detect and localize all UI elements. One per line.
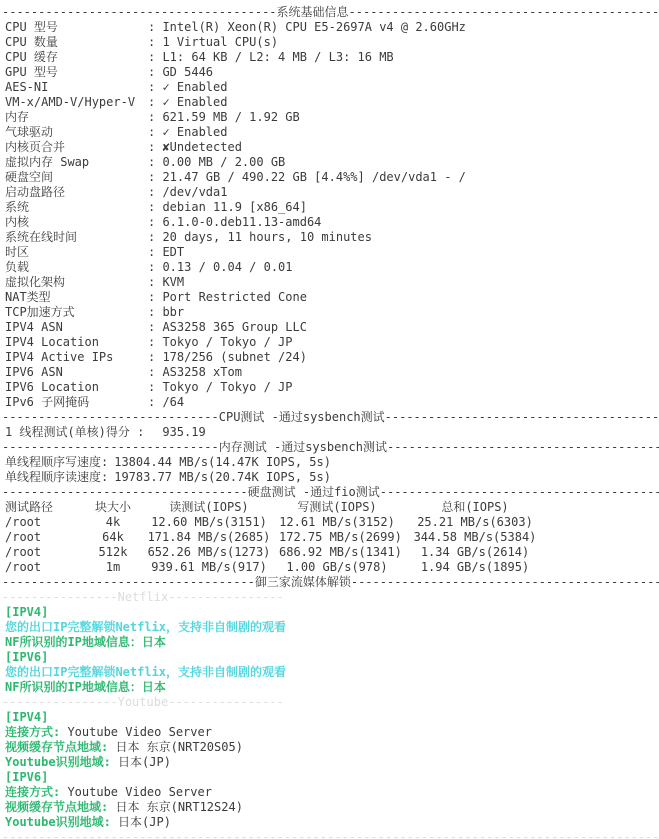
disk-table-header: 测试路径 块大小 读测试(IOPS) 写测试(IOPS) 总和(IOPS) [0, 500, 659, 515]
info-row-ipv6-location: IPV6 Location: Tokyo / Tokyo / JP [0, 380, 659, 395]
disk-read: 12.60 MB/s(3151) [139, 515, 279, 530]
section-header-memory-test: ------------------------------内存测试 -通过sy… [0, 440, 659, 455]
info-label: 硬盘空间 [5, 170, 148, 185]
colon: : [148, 65, 162, 79]
info-label: 启动盘路径 [5, 185, 148, 200]
disk-path: /root [5, 545, 87, 560]
info-value: Tokyo / Tokyo / JP [162, 335, 292, 349]
info-label: 内存 [5, 110, 148, 125]
info-label: 虚拟内存 Swap [5, 155, 148, 170]
info-value: 6.1.0-0.deb11.13-amd64 [162, 215, 321, 229]
youtube-region-value: 日本(JP) [118, 755, 171, 769]
info-row-memory: 内存: 621.59 MB / 1.92 GB [0, 110, 659, 125]
youtube-method-label: 连接方式: [5, 785, 67, 799]
youtube-ipv6-cache-row: 视频缓存节点地域: 日本 东京(NRT12S24) [0, 800, 659, 815]
disk-write: 172.75 MB/s(2699) [279, 530, 395, 545]
info-label: IPV4 Location [5, 335, 148, 350]
info-value: Port Restricted Cone [162, 290, 307, 304]
info-row-boot-path: 启动盘路径: /dev/vda1 [0, 185, 659, 200]
colon: : [148, 125, 162, 139]
terminal-output: ----------------------------------------… [0, 0, 659, 839]
youtube-ipv6-tag: [IPV6] [0, 770, 659, 785]
youtube-cache-label: 视频缓存节点地域: [5, 740, 115, 754]
info-row-virt-arch: 虚拟化架构: KVM [0, 275, 659, 290]
info-value-with-check-icon: ✓ Enabled [162, 125, 227, 139]
youtube-region-label: Youtube识别地域: [5, 755, 118, 769]
info-value: Intel(R) Xeon(R) CPU E5-2697A v4 @ 2.60G… [162, 20, 465, 34]
disk-read: 939.61 MB/s(917) [139, 560, 279, 575]
youtube-method-value: Youtube Video Server [67, 725, 212, 739]
youtube-ipv4-method-row: 连接方式: Youtube Video Server [0, 725, 659, 740]
disk-block: 1m [87, 560, 139, 575]
netflix-ipv6-unlock-status: 您的出口IP完整解锁Netflix，支持非自制剧的观看 [0, 665, 659, 680]
disk-read: 652.26 MB/s(1273) [139, 545, 279, 560]
colon: : [148, 155, 162, 169]
info-label: VM-x/AMD-V/Hyper-V [5, 95, 148, 110]
info-value: /64 [162, 395, 184, 409]
info-value-with-check-icon: ✓ Enabled [162, 95, 227, 109]
info-row-nat-type: NAT类型: Port Restricted Cone [0, 290, 659, 305]
info-value: 1 Virtual CPU(s) [162, 35, 278, 49]
colon: : [148, 170, 162, 184]
colon: : [148, 320, 162, 334]
disk-col-total: 总和(IOPS) [395, 500, 555, 515]
disk-path: /root [5, 530, 87, 545]
colon: : [148, 245, 162, 259]
youtube-ipv4-cache-row: 视频缓存节点地域: 日本 东京(NRT20S05) [0, 740, 659, 755]
info-row-uptime: 系统在线时间: 20 days, 11 hours, 10 minutes [0, 230, 659, 245]
colon: : [148, 305, 162, 319]
info-row-balloon-driver: 气球驱动: ✓ Enabled [0, 125, 659, 140]
youtube-ipv4-tag: [IPV4] [0, 710, 659, 725]
info-row-ipv4-active-ips: IPV4 Active IPs: 178/256 (subnet /24) [0, 350, 659, 365]
section-header-streaming: -----------------------------------御三家流媒… [0, 575, 659, 590]
info-row-aes-ni: AES-NI: ✓ Enabled [0, 80, 659, 95]
info-row-os: 系统: debian 11.9 [x86_64] [0, 200, 659, 215]
info-row-cpu-count: CPU 数量: 1 Virtual CPU(s) [0, 35, 659, 50]
info-row-ksm: 内核页合并: ✘Undetected [0, 140, 659, 155]
info-label: 气球驱动 [5, 125, 148, 140]
info-value: EDT [162, 245, 184, 259]
colon: : [148, 20, 162, 34]
info-row-ipv4-location: IPV4 Location: Tokyo / Tokyo / JP [0, 335, 659, 350]
disk-block: 512k [87, 545, 139, 560]
info-value: debian 11.9 [x86_64] [162, 200, 307, 214]
colon: : [148, 365, 162, 379]
youtube-cache-value: 日本 东京(NRT20S05) [115, 740, 242, 754]
colon: : [148, 50, 162, 64]
netflix-ipv4-unlock-status: 您的出口IP完整解锁Netflix，支持非自制剧的观看 [0, 620, 659, 635]
disk-col-path: 测试路径 [5, 500, 87, 515]
disk-read: 171.84 MB/s(2685) [139, 530, 279, 545]
colon: : [148, 95, 162, 109]
info-label: 虚拟化架构 [5, 275, 148, 290]
colon: : [148, 260, 162, 274]
info-value: /dev/vda1 [162, 185, 227, 199]
memory-read-label: 单线程顺序读速度: [5, 470, 108, 484]
info-label: 内核 [5, 215, 148, 230]
disk-total: 25.21 MB/s(6303) [395, 515, 555, 530]
colon: : [148, 335, 162, 349]
info-label: IPV6 Location [5, 380, 148, 395]
info-value: bbr [162, 305, 184, 319]
disk-block: 4k [87, 515, 139, 530]
disk-col-read: 读测试(IOPS) [139, 500, 279, 515]
netflix-ipv4-tag: [IPV4] [0, 605, 659, 620]
colon: : [148, 275, 162, 289]
colon: : [148, 230, 162, 244]
colon: : [148, 200, 162, 214]
info-row-gpu-model: GPU 型号: GD 5446 [0, 65, 659, 80]
info-value: AS3258 365 Group LLC [162, 320, 307, 334]
colon: : [148, 350, 162, 364]
youtube-cache-value: 日本 东京(NRT12S24) [115, 800, 242, 814]
info-label: CPU 数量 [5, 35, 148, 50]
info-value: 0.00 MB / 2.00 GB [162, 155, 285, 169]
disk-table-row: /root 4k 12.60 MB/s(3151) 12.61 MB/s(315… [0, 515, 659, 530]
colon: : [148, 110, 162, 124]
info-row-ipv6-subnet: IPv6 子网掩码: /64 [0, 395, 659, 410]
info-label: 时区 [5, 245, 148, 260]
section-header-sysinfo: --------------------------------------系统… [0, 5, 659, 20]
youtube-cache-label: 视频缓存节点地域: [5, 800, 115, 814]
colon: : [148, 80, 162, 94]
info-row-cpu-model: CPU 型号: Intel(R) Xeon(R) CPU E5-2697A v4… [0, 20, 659, 35]
info-label: IPV6 ASN [5, 365, 148, 380]
info-value: 21.47 GB / 490.22 GB [4.4%%] /dev/vda1 -… [162, 170, 465, 184]
info-value: 20 days, 11 hours, 10 minutes [162, 230, 372, 244]
disk-path: /root [5, 515, 87, 530]
netflix-divider: ----------------Netflix---------------- [0, 590, 659, 605]
memory-read-value: 19783.77 MB/s(20.74K IOPS, 5s) [114, 470, 331, 484]
youtube-method-value: Youtube Video Server [67, 785, 212, 799]
disk-write: 1.00 GB/s(978) [279, 560, 395, 575]
info-label: CPU 缓存 [5, 50, 148, 65]
disk-total: 344.58 MB/s(5384) [395, 530, 555, 545]
info-row-swap: 虚拟内存 Swap: 0.00 MB / 2.00 GB [0, 155, 659, 170]
info-value: GD 5446 [162, 65, 213, 79]
info-value: KVM [162, 275, 184, 289]
info-label: TCP加速方式 [5, 305, 148, 320]
colon: : [148, 380, 162, 394]
info-row-cpu-cache: CPU 缓存: L1: 64 KB / L2: 4 MB / L3: 16 MB [0, 50, 659, 65]
colon: : [148, 185, 162, 199]
info-row-ipv6-asn: IPV6 ASN: AS3258 xTom [0, 365, 659, 380]
section-header-cpu-test: ------------------------------CPU测试 -通过s… [0, 410, 659, 425]
info-row-ipv4-asn: IPV4 ASN: AS3258 365 Group LLC [0, 320, 659, 335]
info-label: IPV4 ASN [5, 320, 148, 335]
bottom-partial-divider: ----------------------------------------… [0, 830, 659, 839]
colon: : [148, 290, 162, 304]
youtube-ipv6-region-row: Youtube识别地域: 日本(JP) [0, 815, 659, 830]
cpu-score-label: 1 线程测试(单核)得分 : [5, 425, 144, 439]
colon: : [148, 395, 162, 409]
colon: : [148, 140, 162, 154]
section-header-disk-test: ----------------------------------硬盘测试 -… [0, 485, 659, 500]
cpu-score-value: 935.19 [162, 425, 205, 439]
disk-table-row: /root 1m 939.61 MB/s(917) 1.00 GB/s(978)… [0, 560, 659, 575]
youtube-ipv6-method-row: 连接方式: Youtube Video Server [0, 785, 659, 800]
info-label: CPU 型号 [5, 20, 148, 35]
info-value: 0.13 / 0.04 / 0.01 [162, 260, 292, 274]
youtube-method-label: 连接方式: [5, 725, 67, 739]
info-label: 系统 [5, 200, 148, 215]
disk-col-block: 块大小 [87, 500, 139, 515]
info-label: 负载 [5, 260, 148, 275]
info-label: GPU 型号 [5, 65, 148, 80]
info-label: 内核页合并 [5, 140, 148, 155]
youtube-ipv4-region-row: Youtube识别地域: 日本(JP) [0, 755, 659, 770]
info-value: L1: 64 KB / L2: 4 MB / L3: 16 MB [162, 50, 393, 64]
info-label: IPv6 子网掩码 [5, 395, 148, 410]
colon: : [148, 35, 162, 49]
info-row-tcp-accel: TCP加速方式: bbr [0, 305, 659, 320]
info-value: 621.59 MB / 1.92 GB [162, 110, 299, 124]
cpu-score-row: 1 线程测试(单核)得分 :935.19 [0, 425, 659, 440]
netflix-ipv6-region: NF所识别的IP地域信息：日本 [0, 680, 659, 695]
info-row-load: 负载: 0.13 / 0.04 / 0.01 [0, 260, 659, 275]
disk-total: 1.34 GB/s(2614) [395, 545, 555, 560]
youtube-region-label: Youtube识别地域: [5, 815, 118, 829]
disk-total: 1.94 GB/s(1895) [395, 560, 555, 575]
info-value-with-check-icon: ✓ Enabled [162, 80, 227, 94]
disk-col-write: 写测试(IOPS) [279, 500, 395, 515]
info-row-kernel: 内核: 6.1.0-0.deb11.13-amd64 [0, 215, 659, 230]
youtube-divider: ----------------Youtube---------------- [0, 695, 659, 710]
memory-write-row: 单线程顺序写速度:13804.44 MB/s(14.47K IOPS, 5s) [0, 455, 659, 470]
youtube-region-value: 日本(JP) [118, 815, 171, 829]
netflix-ipv6-tag: [IPV6] [0, 650, 659, 665]
colon: : [148, 215, 162, 229]
info-value: Tokyo / Tokyo / JP [162, 380, 292, 394]
disk-write: 12.61 MB/s(3152) [279, 515, 395, 530]
info-label: NAT类型 [5, 290, 148, 305]
info-value: 178/256 (subnet /24) [162, 350, 307, 364]
info-row-disk-space: 硬盘空间: 21.47 GB / 490.22 GB [4.4%%] /dev/… [0, 170, 659, 185]
info-row-virtualization-flags: VM-x/AMD-V/Hyper-V: ✓ Enabled [0, 95, 659, 110]
disk-write: 686.92 MB/s(1341) [279, 545, 395, 560]
info-value: AS3258 xTom [162, 365, 241, 379]
info-value-with-cross-icon: ✘Undetected [162, 140, 241, 154]
info-row-timezone: 时区: EDT [0, 245, 659, 260]
memory-write-value: 13804.44 MB/s(14.47K IOPS, 5s) [114, 455, 331, 469]
info-label: IPV4 Active IPs [5, 350, 148, 365]
info-label: AES-NI [5, 80, 148, 95]
memory-write-label: 单线程顺序写速度: [5, 455, 108, 469]
disk-block: 64k [87, 530, 139, 545]
memory-read-row: 单线程顺序读速度:19783.77 MB/s(20.74K IOPS, 5s) [0, 470, 659, 485]
disk-table-row: /root 512k 652.26 MB/s(1273) 686.92 MB/s… [0, 545, 659, 560]
info-label: 系统在线时间 [5, 230, 148, 245]
disk-table-row: /root 64k 171.84 MB/s(2685) 172.75 MB/s(… [0, 530, 659, 545]
netflix-ipv4-region: NF所识别的IP地域信息：日本 [0, 635, 659, 650]
disk-path: /root [5, 560, 87, 575]
